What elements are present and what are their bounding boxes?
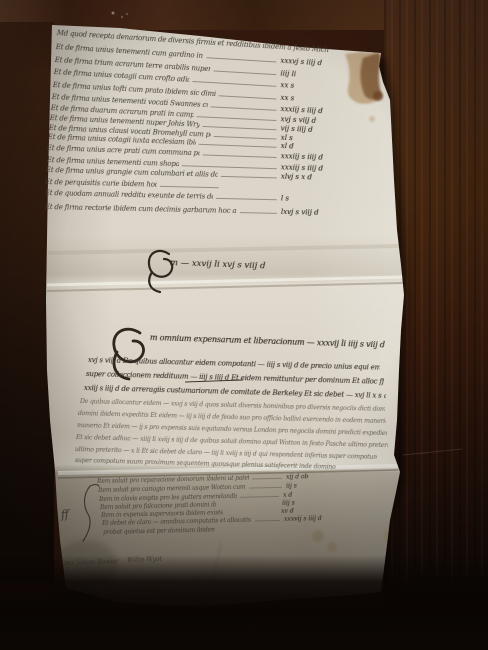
leader-line [249,487,282,489]
entry-amount: xij d ob [286,472,342,480]
margin-mark: ff [60,508,69,522]
account-row: Et de quodam annuali redditu exeunte de … [45,189,343,204]
entry-amount: xx s [280,81,342,93]
leader-line [213,70,276,75]
entry-amount: xxxiij s iiij d [281,152,343,162]
entry-amount: l s [281,194,343,203]
manuscript-photo: Md quod recepta denariorum de diversis f… [0,0,488,650]
entry-amount: iiij li [280,69,342,81]
leader-line [203,126,277,130]
leader-line [206,57,276,62]
entry-amount: iiij s [282,499,338,507]
entry-text: Et de quodam annuali redditu exeunte de … [45,189,213,201]
entry-amount: xxxiij s iiij d [281,163,343,173]
entry-amount: xl d [281,142,343,152]
wood-table-bottom [0,555,488,650]
leader-line [240,496,279,498]
entry-amount: iij s [286,481,342,489]
manuscript-text: Md quod recepta denariorum de diversis f… [0,0,488,650]
leader-line [218,530,243,532]
paragraph-line: super compotum suum proximum sequentem q… [75,457,337,471]
entry-amount [223,190,285,192]
entry-amount: xxxiij s iiij d [280,105,342,116]
leader-line [199,144,277,148]
paragraph-line: xxiij s iiij d de arreragiis custumarior… [84,384,386,400]
entry-amount: xx s [280,94,342,105]
leader-line [216,198,277,200]
leader-line [192,81,276,87]
leader-line [203,154,277,158]
entry-amount: xlvj s x d [281,173,343,183]
summa-label: m [170,258,178,268]
leader-line [219,504,278,506]
leader-line [160,186,219,188]
leader-line [182,165,277,169]
entry-amount: x d [283,491,339,499]
entry-text: Et de firma unius acre prati cum communa… [47,144,200,157]
entry-text: Et de firma rectorie ibidem cum decimis … [45,203,237,215]
leader-line [210,106,276,110]
entry-amount: lxvj s viij d [281,208,343,217]
summa-amount: — xxvij li xvj s viij d [180,258,265,271]
entry-amount: xv d [281,507,337,515]
entry-amount: xxxvj s iiij d [280,57,342,69]
paragraph-line: m omnium expensarum et liberacionum — xx… [150,333,388,349]
leader-line [221,176,277,179]
leader-line [240,212,277,214]
paragraph-line: super colleccionem reddituum — iiij s ii… [86,370,384,386]
entry-text: probat quietus est per dominum ibidem [103,526,215,536]
leader-line [252,478,282,480]
summa-line: m — xxvij li xvj s viij d [170,258,290,272]
leader-line [218,95,276,99]
account-row: Et de firma rectorie ibidem cum decimis … [45,203,343,217]
leader-line [226,512,277,514]
paragraph-line: xvj s viij d De quibus allocantur eidem … [88,356,380,372]
leader-line [255,520,280,522]
entry-text: Et de perquisitis curie ibidem hoc anno … [45,178,157,189]
entry-amount [247,531,303,532]
entry-amount: xxxvij s iiij d [284,515,340,523]
